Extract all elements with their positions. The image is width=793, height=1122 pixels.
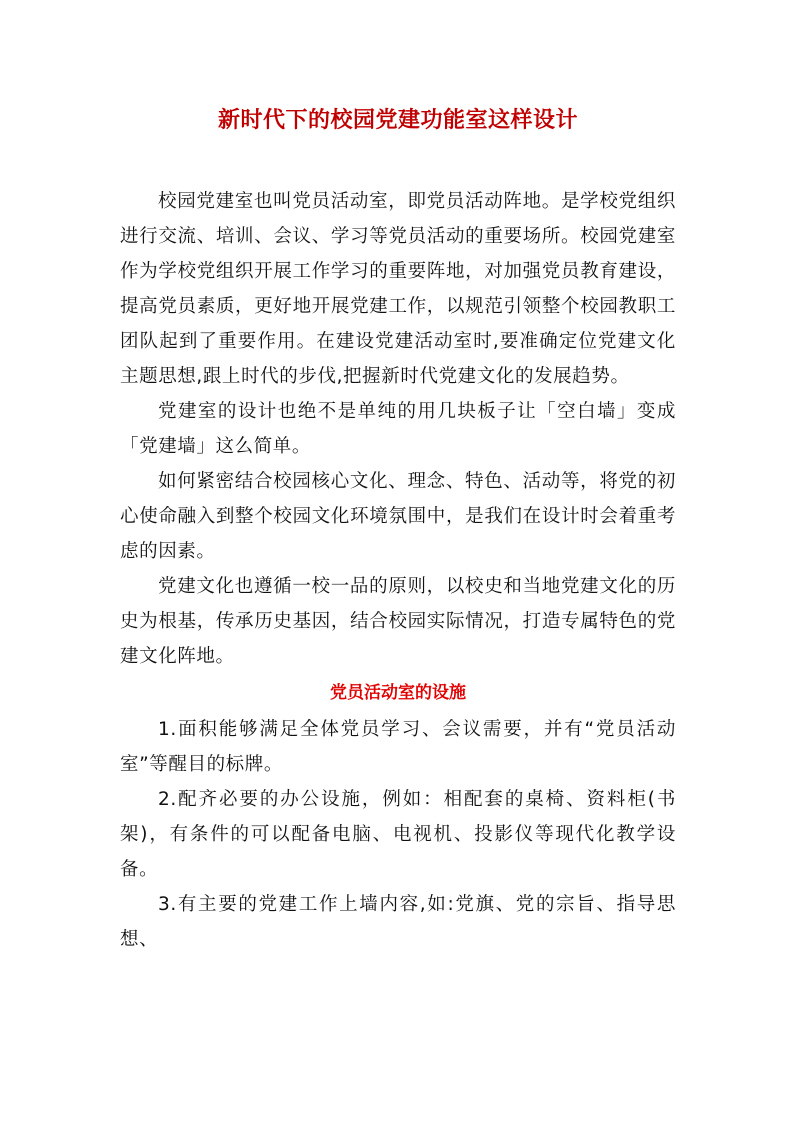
list-item: 3.有主要的党建工作上墙内容,如:党旗、党的宗旨、指导思想、 [120,887,676,957]
paragraph-integration: 如何紧密结合校园核心文化、理念、特色、活动等，将党的初心使命融入到整个校园文化环… [120,464,676,569]
document-body: 校园党建室也叫党员活动室，即党员活动阵地。是学校党组织进行交流、培训、会议、学习… [120,184,676,957]
list-item: 1.面积能够满足全体党员学习、会议需要，并有“党员活动室”等醒目的标牌。 [120,712,676,782]
paragraph-wall: 党建室的设计也绝不是单纯的用几块板子让「空白墙」变成「党建墙」这么简单。 [120,394,676,464]
paragraph-principle: 党建文化也遵循一校一品的原则，以校史和当地党建文化的历史为根基，传承历史基因，结… [120,569,676,674]
document-title: 新时代下的校园党建功能室这样设计 [120,103,676,134]
section-heading: 党员活动室的设施 [120,674,676,712]
list-item: 2.配齐必要的办公设施，例如：相配套的桌椅、资料柜(书架)，有条件的可以配备电脑… [120,782,676,887]
paragraph-intro: 校园党建室也叫党员活动室，即党员活动阵地。是学校党组织进行交流、培训、会议、学习… [120,184,676,394]
